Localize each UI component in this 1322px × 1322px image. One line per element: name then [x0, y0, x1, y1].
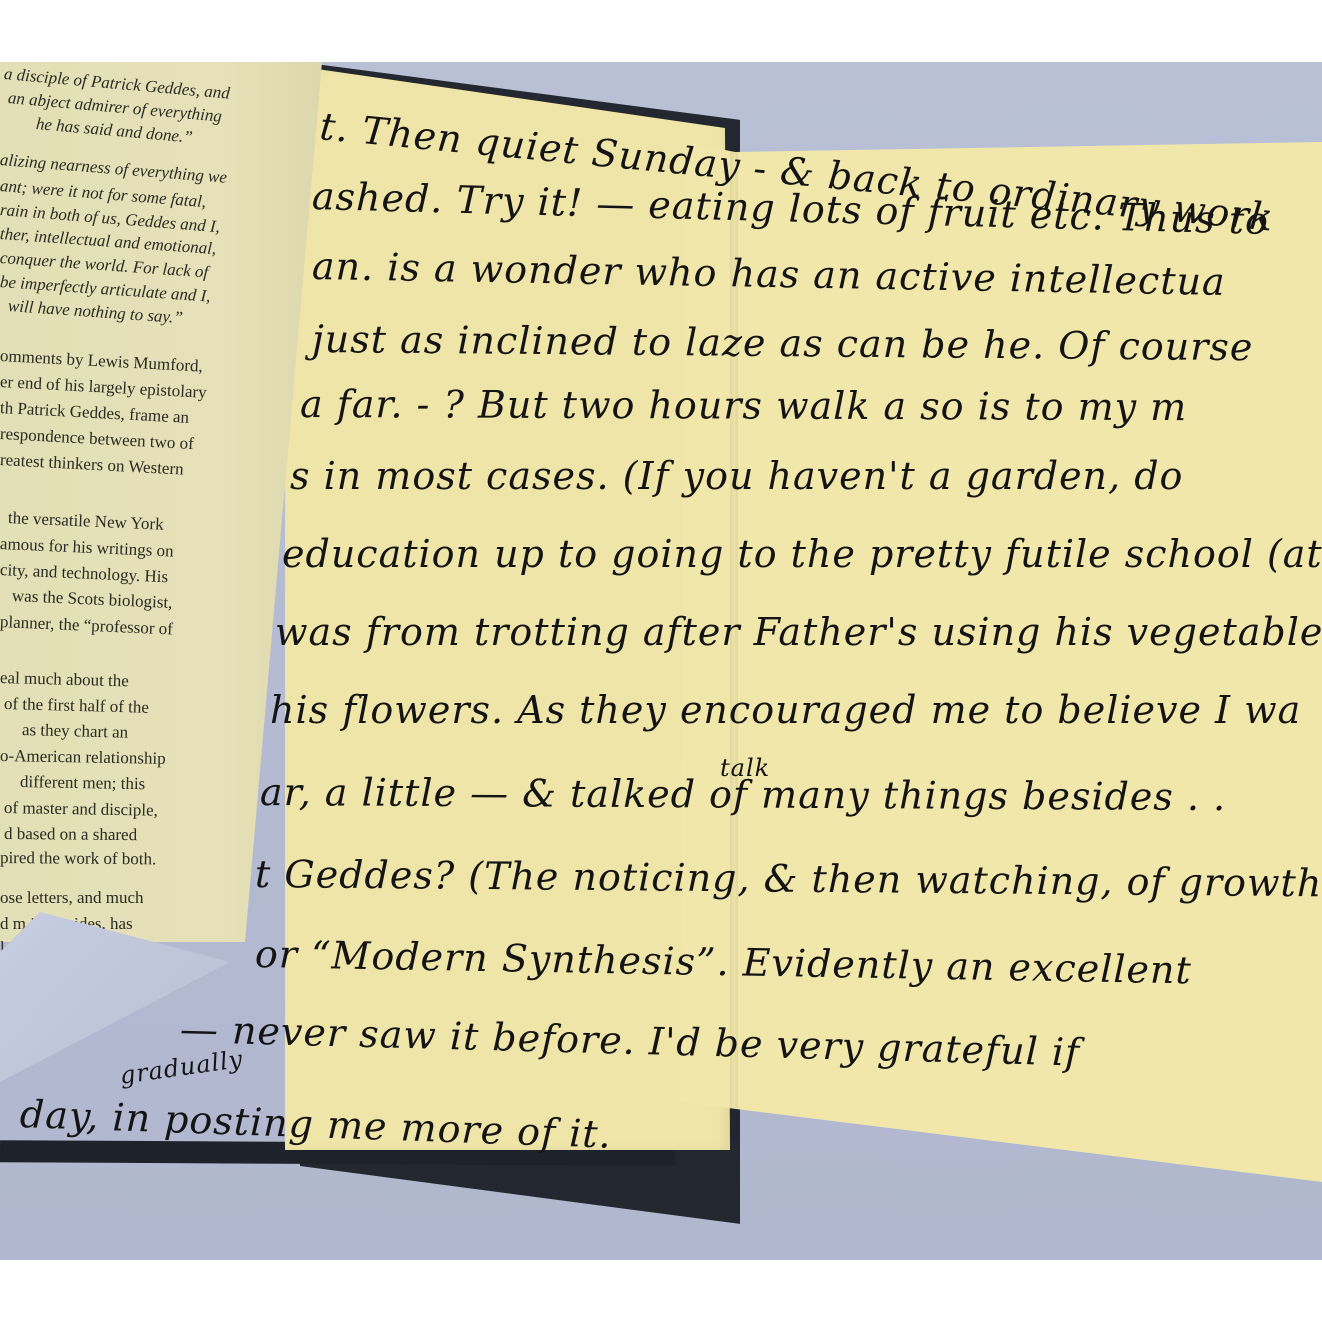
flap-paragraph-line: o-American relationship	[0, 746, 166, 769]
flap-paragraph-line: of the first half of the	[4, 694, 149, 718]
flap-paragraph-line: pired the work of both.	[0, 848, 156, 869]
flap-paragraph-line: different men; this	[20, 772, 146, 794]
letter-line: ar, a little — & talked of many things b…	[260, 770, 1226, 819]
flap-paragraph-line: d based on a shared	[4, 824, 137, 845]
letter-line: his flowers. As they encouraged me to be…	[270, 688, 1301, 732]
bottom-margin	[0, 1260, 1322, 1322]
letter-line: just as inclined to laze as can be he. O…	[312, 317, 1254, 369]
letter-line: was from trotting after Father's using h…	[275, 610, 1322, 654]
flap-paragraph-line: eal much about the	[0, 668, 129, 691]
flap-paragraph-line: as they chart an	[22, 720, 129, 743]
letter-annotation-gradually: gradually	[118, 1045, 245, 1090]
letter-line: s in most cases. (If you haven't a garde…	[290, 454, 1183, 498]
endpaper-left-page	[285, 68, 730, 1150]
flap-paragraph-line: ose letters, and much	[0, 888, 144, 908]
letter-line: a far. - ? But two hours walk a so is to…	[300, 382, 1187, 429]
book-photo: t. Then quiet Sunday - & back to ordinar…	[0, 62, 1322, 1260]
flap-paragraph-line: of master and disciple,	[4, 798, 158, 821]
letter-line: t Geddes? (The noticing, & then watching…	[255, 852, 1322, 905]
letter-line: education up to going to the pretty futi…	[282, 532, 1322, 576]
